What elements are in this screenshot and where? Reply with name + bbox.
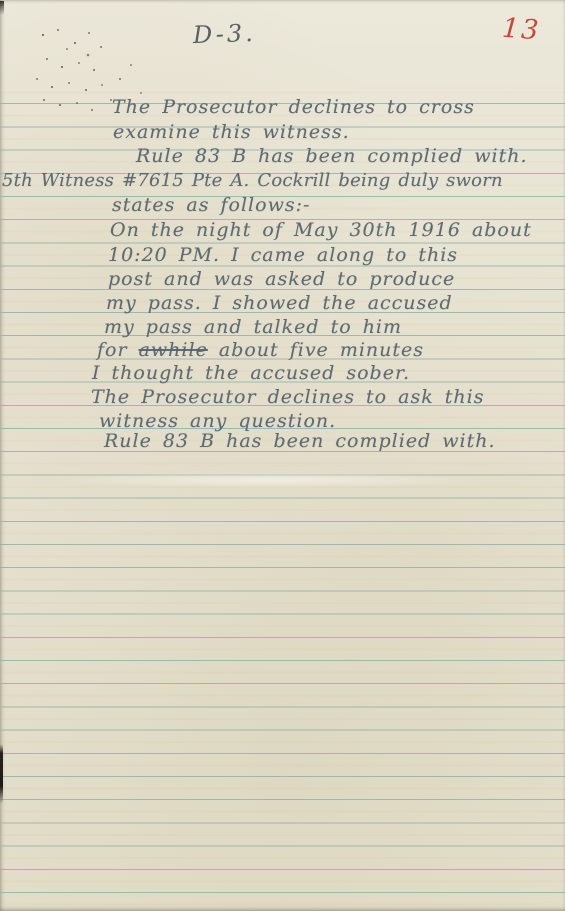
manuscript-line: The Prosecutor declines to cross [112, 96, 475, 118]
manuscript-line: my pass. I showed the accused [106, 292, 453, 314]
exhibit-mark: D-3. [193, 19, 257, 49]
page-edge-mark-left [0, 744, 3, 804]
manuscript-line: post and was asked to produce [108, 268, 455, 290]
manuscript-line-with-strikethrough: for awhile about five minutes [97, 339, 424, 361]
manuscript-line: states as follows:- [112, 194, 310, 216]
manuscript-line: Rule 83 B has been complied with. [104, 430, 496, 452]
struck-word: awhile [139, 339, 208, 361]
manuscript-page: D-3. 13 The Prosecutor declines to cross… [0, 0, 565, 911]
page-edge-mark-top [0, 1, 4, 15]
manuscript-line: Rule 83 B has been complied with. [136, 145, 528, 167]
paper-streak [55, 472, 485, 488]
struck-line-post: about five minutes [208, 339, 424, 361]
struck-line-pre: for [97, 339, 139, 361]
page-number: 13 [501, 13, 541, 47]
manuscript-line: examine this witness. [113, 121, 350, 143]
manuscript-line: witness any question. [99, 410, 336, 432]
manuscript-line: On the night of May 30th 1916 about [110, 219, 532, 241]
ink-spatter [30, 28, 32, 30]
manuscript-line: my pass and talked to him [104, 316, 402, 338]
manuscript-line: 10:20 PM. I came along to this [108, 244, 458, 266]
manuscript-line-witness-heading: 5th Witness #7615 Pte A. Cockrill being … [2, 170, 503, 192]
manuscript-line: The Prosecutor declines to ask this [91, 386, 484, 408]
manuscript-line: I thought the accused sober. [92, 362, 410, 384]
